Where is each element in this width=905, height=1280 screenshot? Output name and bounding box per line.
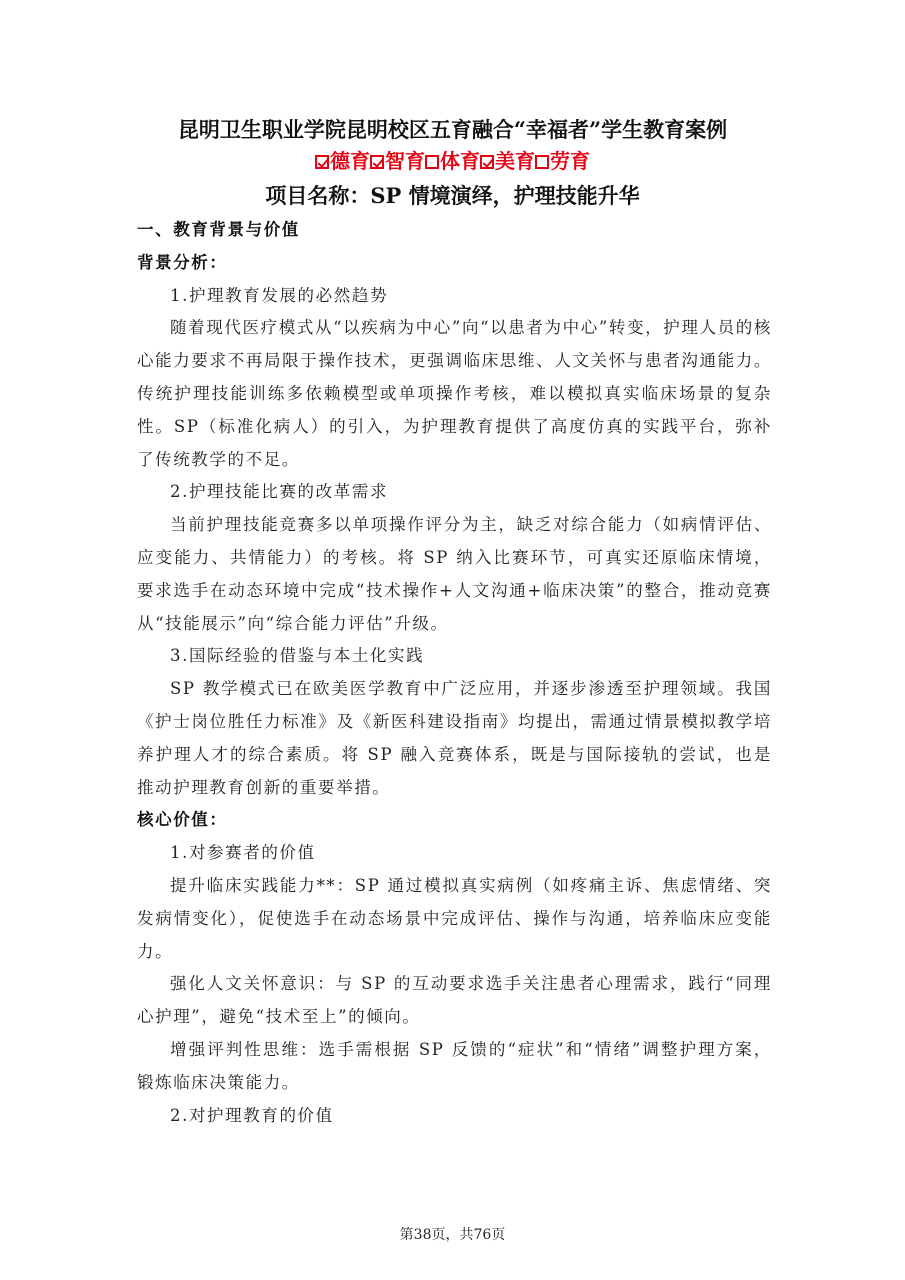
background-paragraph-1: 随着现代医疗模式从“以疾病为中心”向“以患者为中心”转变，护理人员的核心能力要求… — [137, 312, 772, 476]
unchecked-box-icon — [425, 155, 439, 169]
background-heading: 背景分析： — [137, 247, 772, 280]
category-labor: 劳育 — [535, 146, 590, 176]
category-physical: 体育 — [425, 146, 480, 176]
background-subheading-3: 3.国际经验的借鉴与本土化实践 — [137, 640, 772, 673]
document-page: 昆明卫生职业学院昆明校区五育融合“幸福者”学生教育案例 德育智育体育美育劳育 项… — [0, 0, 905, 1280]
document-title: 昆明卫生职业学院昆明校区五育融合“幸福者”学生教育案例 — [0, 115, 905, 145]
section-heading: 一、教育背景与价值 — [137, 214, 772, 247]
core-value-paragraph: 提升临床实践能力**：SP 通过模拟真实病例（如疼痛主诉、焦虑情绪、突发病情变化… — [137, 870, 772, 968]
category-intellectual: 智育 — [370, 146, 425, 176]
background-subheading-2: 2.护理技能比赛的改革需求 — [137, 476, 772, 509]
category-aesthetic: 美育 — [480, 146, 535, 176]
background-paragraph-2: 当前护理技能竞赛多以单项操作评分为主，缺乏对综合能力（如病情评估、应变能力、共情… — [137, 509, 772, 640]
category-moral: 德育 — [315, 146, 370, 176]
checked-box-icon — [480, 155, 494, 169]
document-body: 一、教育背景与价值 背景分析： 1.护理教育发展的必然趋势 随着现代医疗模式从“… — [137, 214, 772, 1132]
checked-box-icon — [315, 155, 329, 169]
core-value-subheading-1: 1.对参赛者的价值 — [137, 837, 772, 870]
core-value-subheading-2: 2.对护理教育的价值 — [137, 1100, 772, 1133]
core-value-heading: 核心价值： — [137, 804, 772, 837]
checked-box-icon — [370, 155, 384, 169]
unchecked-box-icon — [535, 155, 549, 169]
page-number-footer: 第38页，共76页 — [0, 1224, 905, 1244]
education-category-checklist: 德育智育体育美育劳育 — [0, 146, 905, 176]
core-value-paragraph: 强化人文关怀意识：与 SP 的互动要求选手关注患者心理需求，践行“同理心护理”，… — [137, 968, 772, 1034]
background-paragraph-3: SP 教学模式已在欧美医学教育中广泛应用，并逐步渗透至护理领域。我国《护士岗位胜… — [137, 673, 772, 804]
core-value-paragraph: 增强评判性思维：选手需根据 SP 反馈的“症状”和“情绪”调整护理方案，锻炼临床… — [137, 1034, 772, 1100]
background-subheading-1: 1.护理教育发展的必然趋势 — [137, 280, 772, 313]
project-title: 项目名称：SP 情境演绎，护理技能升华 — [0, 181, 905, 211]
